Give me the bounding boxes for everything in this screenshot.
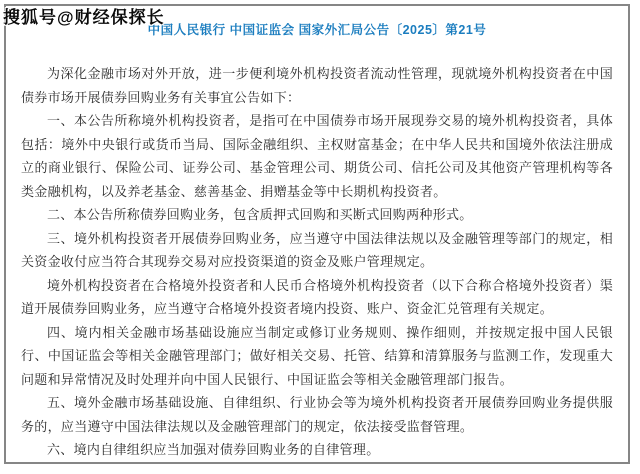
paragraph-item-4: 四、境内相关金融市场基础设施应当制定或修订业务规则、操作细则，并按规定报中国人民…: [21, 321, 613, 392]
paragraph-intro: 为深化金融市场对外开放，进一步便利境外机构投资者流动性管理，现就境外机构投资者在…: [21, 62, 613, 109]
paragraph-item-5: 五、境外金融市场基础设施、自律组织、行业协会等为境外机构投资者开展债券回购业务提…: [21, 391, 613, 438]
sohu-watermark: 搜狐号@财经保探长: [3, 3, 165, 28]
paragraph-item-2: 二、本公告所称债券回购业务，包含质押式回购和买断式回购两种形式。: [21, 203, 613, 227]
paragraph-item-3: 三、境外机构投资者开展债券回购业务，应当遵守中国法律法规以及金融管理等部门的规定…: [21, 227, 613, 274]
paragraph-item-3-sub: 境外机构投资者在合格境外投资者和人民币合格境外机构投资者（以下合称合格境外投资者…: [21, 274, 613, 321]
paragraph-item-6: 六、境内自律组织应当加强对债券回购业务的自律管理。: [21, 438, 613, 462]
announcement-document: 中国人民银行 中国证监会 国家外汇局公告〔2025〕第21号 为深化金融市场对外…: [4, 4, 630, 464]
paragraph-item-1: 一、本公告所称境外机构投资者，是指可在中国债券市场开展现券交易的境外机构投资者，…: [21, 109, 613, 203]
